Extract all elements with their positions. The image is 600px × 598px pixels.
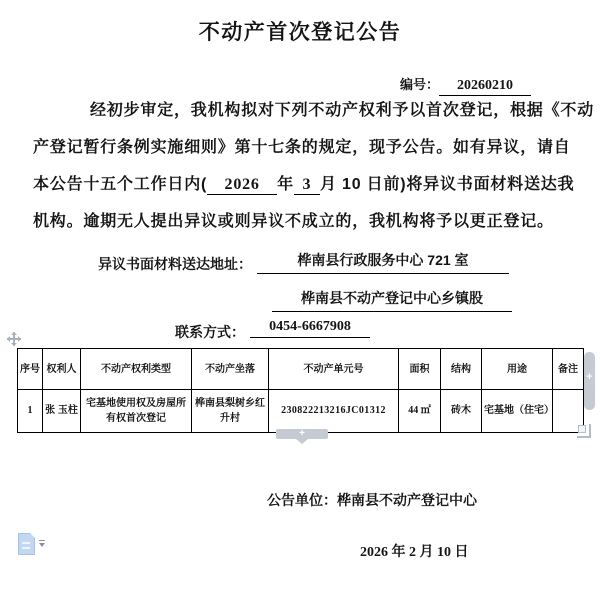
announcing-unit: 公告单位：桦南县不动产登记中心 (267, 490, 477, 510)
header-structure: 结构 (441, 349, 482, 390)
cell-location: 桦南县梨树乡红升村 (192, 390, 269, 433)
header-remark: 备注 (553, 349, 584, 390)
address-label: 异议书面材料送达地址： (98, 254, 252, 274)
resize-inner-square (578, 425, 586, 433)
contact-label: 联系方式： (175, 322, 245, 342)
body-line-4: 机构。逾期无人提出异议或则异议不成立的，我机构将予以更正登记。 (33, 208, 554, 231)
table-resize-icon[interactable] (577, 424, 591, 438)
paste-options-icon (18, 533, 35, 555)
insert-column-handle[interactable]: + (584, 352, 595, 410)
chevron-down-icon[interactable] (38, 540, 46, 548)
cell-area: 44 ㎡ (399, 390, 441, 433)
registration-table-grid: 序号 权利人 不动产权利类型 不动产坐落 不动产单元号 面积 结构 用途 备注 … (17, 348, 584, 433)
table-row: 1 张 玉柱 宅基地使用权及房屋所有权首次登记 桦南县梨树乡红升村 230822… (18, 390, 584, 433)
deadline-year-blank: 2026 (207, 176, 277, 195)
body-line-2: 产登记暂行条例实施细则》第十七条的规定，现予公告。如有异议，请自 (33, 134, 571, 157)
chevron-triangle (39, 543, 45, 547)
body-line-3: 本公告十五个工作日内(2026年3月 10 日前)将异议书面材料送达我 (33, 171, 574, 195)
document-page: 不动产首次登记公告 编号：20260210 经初步审定，我机构拟对下列不动产权利… (0, 0, 600, 598)
table-move-icon[interactable] (6, 331, 22, 347)
address-value-1: 桦南县行政服务中心 721 室 (257, 250, 509, 274)
header-unit-no: 不动产单元号 (269, 349, 399, 390)
header-usage: 用途 (482, 349, 553, 390)
cell-usage: 宅基地（住宅） (482, 390, 553, 433)
move-icon-arrow-left (4, 336, 10, 342)
deadline-month-blank: 3 (294, 176, 320, 195)
header-area: 面积 (399, 349, 441, 390)
chevron-bar (39, 540, 45, 541)
contact-phone: 0454-6667908 (250, 319, 370, 338)
move-icon-arrow-up (11, 329, 17, 335)
cell-structure: 砖木 (441, 390, 482, 433)
header-seq: 序号 (18, 349, 43, 390)
header-holder: 权利人 (43, 349, 81, 390)
doc-number-label: 编号： (400, 77, 439, 92)
page-title: 不动产首次登记公告 (0, 16, 600, 46)
plus-icon: + (276, 429, 328, 439)
table-header-row: 序号 权利人 不动产权利类型 不动产坐落 不动产单元号 面积 结构 用途 备注 (18, 349, 584, 390)
move-icon-arrow-down (11, 343, 17, 349)
cell-unit-no: 230822213216JC01312 (269, 390, 399, 433)
paste-icon-line (22, 542, 30, 544)
announcement-date: 2026 年 2 月 10 日 (360, 541, 469, 561)
paste-icon-line (22, 547, 30, 549)
address-value-2: 桦南县不动产登记中心乡镇股 (272, 288, 512, 312)
header-location: 不动产坐落 (192, 349, 269, 390)
move-icon-arrow-right (18, 336, 24, 342)
header-right-type: 不动产权利类型 (81, 349, 192, 390)
body-line-1: 经初步审定，我机构拟对下列不动产权利予以首次登记，根据《不动 (90, 97, 594, 120)
cell-seq: 1 (18, 390, 43, 433)
body-line-3-year-unit: 年 (277, 176, 294, 193)
paste-options-button[interactable] (16, 532, 50, 556)
body-line-3-pre: 本公告十五个工作日内( (33, 176, 207, 193)
plus-icon: + (584, 372, 595, 383)
registration-table: 序号 权利人 不动产权利类型 不动产坐落 不动产单元号 面积 结构 用途 备注 … (17, 348, 584, 433)
cell-holder: 张 玉柱 (43, 390, 81, 433)
doc-number-value: 20260210 (439, 78, 531, 96)
insert-row-handle[interactable]: + (276, 429, 328, 439)
body-line-3-post: 月 10 日前)将异议书面材料送达我 (320, 176, 574, 193)
doc-number-line: 编号：20260210 (400, 74, 531, 96)
cell-right-type: 宅基地使用权及房屋所有权首次登记 (81, 390, 192, 433)
